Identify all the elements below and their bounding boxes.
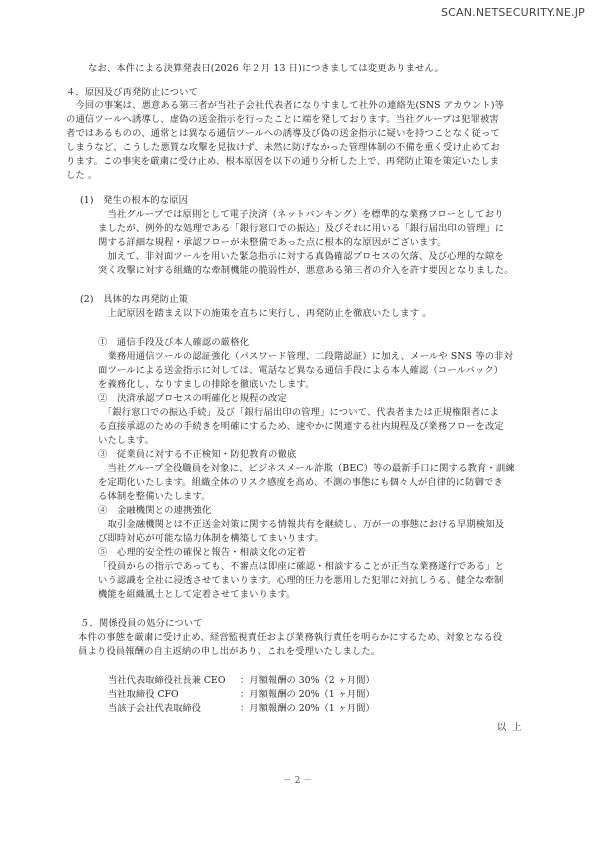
penalty-role: 当該子会社代表取締役 — [108, 703, 240, 715]
measure-3-line: を定期化いたします。組織全体のリスク感度を高め、不測の事態にも個々人が自律的に防… — [98, 477, 503, 489]
measure-1-line: 面ツールによる送金指示に対しては、電話など異なる通信手段による本人確認（コールバ… — [98, 365, 503, 377]
penalty-row: 当社代表取締役社長兼 CEO：月額報酬の 30%（2 ヶ月間） — [108, 675, 375, 687]
measure-1-line: を義務化し、なりすましの排除を徹底いたします。 — [98, 379, 315, 391]
penalty-detail: ：月額報酬の 20%（1 ヶ月間） — [240, 689, 375, 700]
penalty-row: 当該子会社代表取締役：月額報酬の 20%（1 ヶ月間） — [108, 703, 375, 715]
sub1-heading: (1) 発生の根本的な原因 — [80, 195, 188, 207]
measure-5-line: 機能を組織風土として定着させてまいります。 — [98, 589, 296, 601]
closing-mark: 以上 — [497, 719, 528, 733]
section5-heading: ５．関係役員の処分について — [80, 618, 203, 630]
section4-intro-line: 今回の事案は、悪意ある第三者が当社子会社代表者になりすまして社外の連絡先(SNS… — [66, 100, 504, 112]
measure-5-line: 「役員からの指示であっても、不審点は即座に確認・相談することが正当な業務遂行であ… — [98, 561, 504, 573]
penalty-detail: ：月額報酬の 20%（1 ヶ月間） — [240, 703, 375, 714]
section4-intro-line: の通信ツールへ誘導し、虚偽の送金指示を行ったことに端を発しております。当社グルー… — [66, 114, 499, 126]
measure-3-line: 当社グループ全役職員を対象に、ビジネスメール詐欺（BEC）等の最新手口に関する教… — [98, 463, 515, 475]
section4-heading: ４．原因及び再発防止について — [66, 87, 198, 99]
section4-intro-line: しまうなど、こうした悪質な攻撃を見抜けず、未然に防げなかった管理体制の不備を重く… — [66, 142, 500, 154]
section4-intro-line: した 。 — [66, 170, 97, 182]
sub1-line: 加えて、非対面ツールを用いた緊急指示に対する真偽確認プロセスの欠落、及び心理的な… — [98, 251, 504, 263]
measure-4-line: び即時対応が可能な協力体制を構築してまいります。 — [98, 533, 324, 545]
sub1-line: 突く攻撃に対する組織的な牽制機能の脆弱性が、悪意ある第三者の介入を許す要因となり… — [98, 265, 514, 277]
sub2-heading: (2) 具体的な再発防止策 — [80, 294, 188, 306]
measure-1-line: 業務用通信ツールの認証強化（パスワード管理、二段階認証）に加え、メールや SNS… — [98, 351, 513, 363]
page-number: － 2 － — [0, 773, 595, 786]
section5-line: 員より役員報酬の自主返納の申し出があり、これを受理いたしました。 — [78, 646, 380, 658]
measure-2-line: る直接承認のための手続きを明確にするため、速やかに関連する社内規程及び業務フロー… — [98, 421, 504, 433]
section5-line: 本件の事態を厳粛に受け止め、経営監視責任および業務執行責任を明らかにするため、対… — [78, 632, 502, 644]
penalty-role: 当社取締役 CFO — [108, 689, 240, 701]
measure-3-line: る体制を整備いたします。 — [98, 491, 211, 503]
sub2-intro: 上記原因を踏まえ以下の施策を直ちに実行し、再発防止を徹底いたします 。 — [98, 308, 432, 320]
measure-3-title: ③ 従業員に対する不正検知・防犯教育の徹底 — [98, 449, 296, 461]
sub1-line: 当社グループでは原則として電子決済（ネットバンキング）を標準的な業務フローとして… — [98, 209, 504, 221]
sub1-line: 関する詳細な規程・承認フローが未整備であった点に根本的な原因がございます。 — [98, 237, 447, 249]
section4-intro-line: 者ではあるものの、通常とは異なる通信ツールへの誘導及び偽の送金指示に疑いを持つこ… — [66, 128, 500, 140]
measure-4-title: ④ 金融機関との連携強化 — [98, 505, 211, 517]
sub1-line: ましたが、例外的な処理である「銀行窓口での振込」及びそれに用いる「銀行届出印の管… — [98, 223, 504, 235]
penalty-detail: ：月額報酬の 30%（2 ヶ月間） — [240, 675, 375, 686]
watermark: SCAN.NETSECURITY.NE.JP — [441, 6, 585, 19]
measure-1-title: ① 通信手段及び本人確認の厳格化 — [98, 337, 249, 349]
penalty-row: 当社取締役 CFO：月額報酬の 20%（1 ヶ月間） — [108, 689, 375, 701]
penalty-role: 当社代表取締役社長兼 CEO — [108, 675, 240, 687]
measure-2-line: いたします。 — [98, 435, 154, 447]
measure-4-line: 取引金融機関とは不正送金対策に関する情報共有を継続し、万が一の事態における早期検… — [98, 519, 504, 531]
note-text: なお、本件による決算発表日(2026 年２月 13 日)につきましては変更ありま… — [88, 63, 444, 75]
measure-5-line: いう認識を全社に浸透させてまいります。心理的圧力を悪用した犯罪に対抗しうる、健全… — [98, 575, 503, 587]
section4-intro-line: ります。この事実を厳粛に受け止め、根本原因を以下の通り分析した上で、再発防止策を… — [66, 156, 499, 168]
measure-5-title: ⑤ 心理的安全性の確保と報告・相談文化の定着 — [98, 547, 306, 559]
measure-2-line: 「銀行窓口での振込手続」及び「銀行届出印の管理」について、代表者または正規権限者… — [98, 407, 499, 419]
measure-2-title: ② 決済承認プロセスの明確化と規程の改定 — [98, 393, 287, 405]
